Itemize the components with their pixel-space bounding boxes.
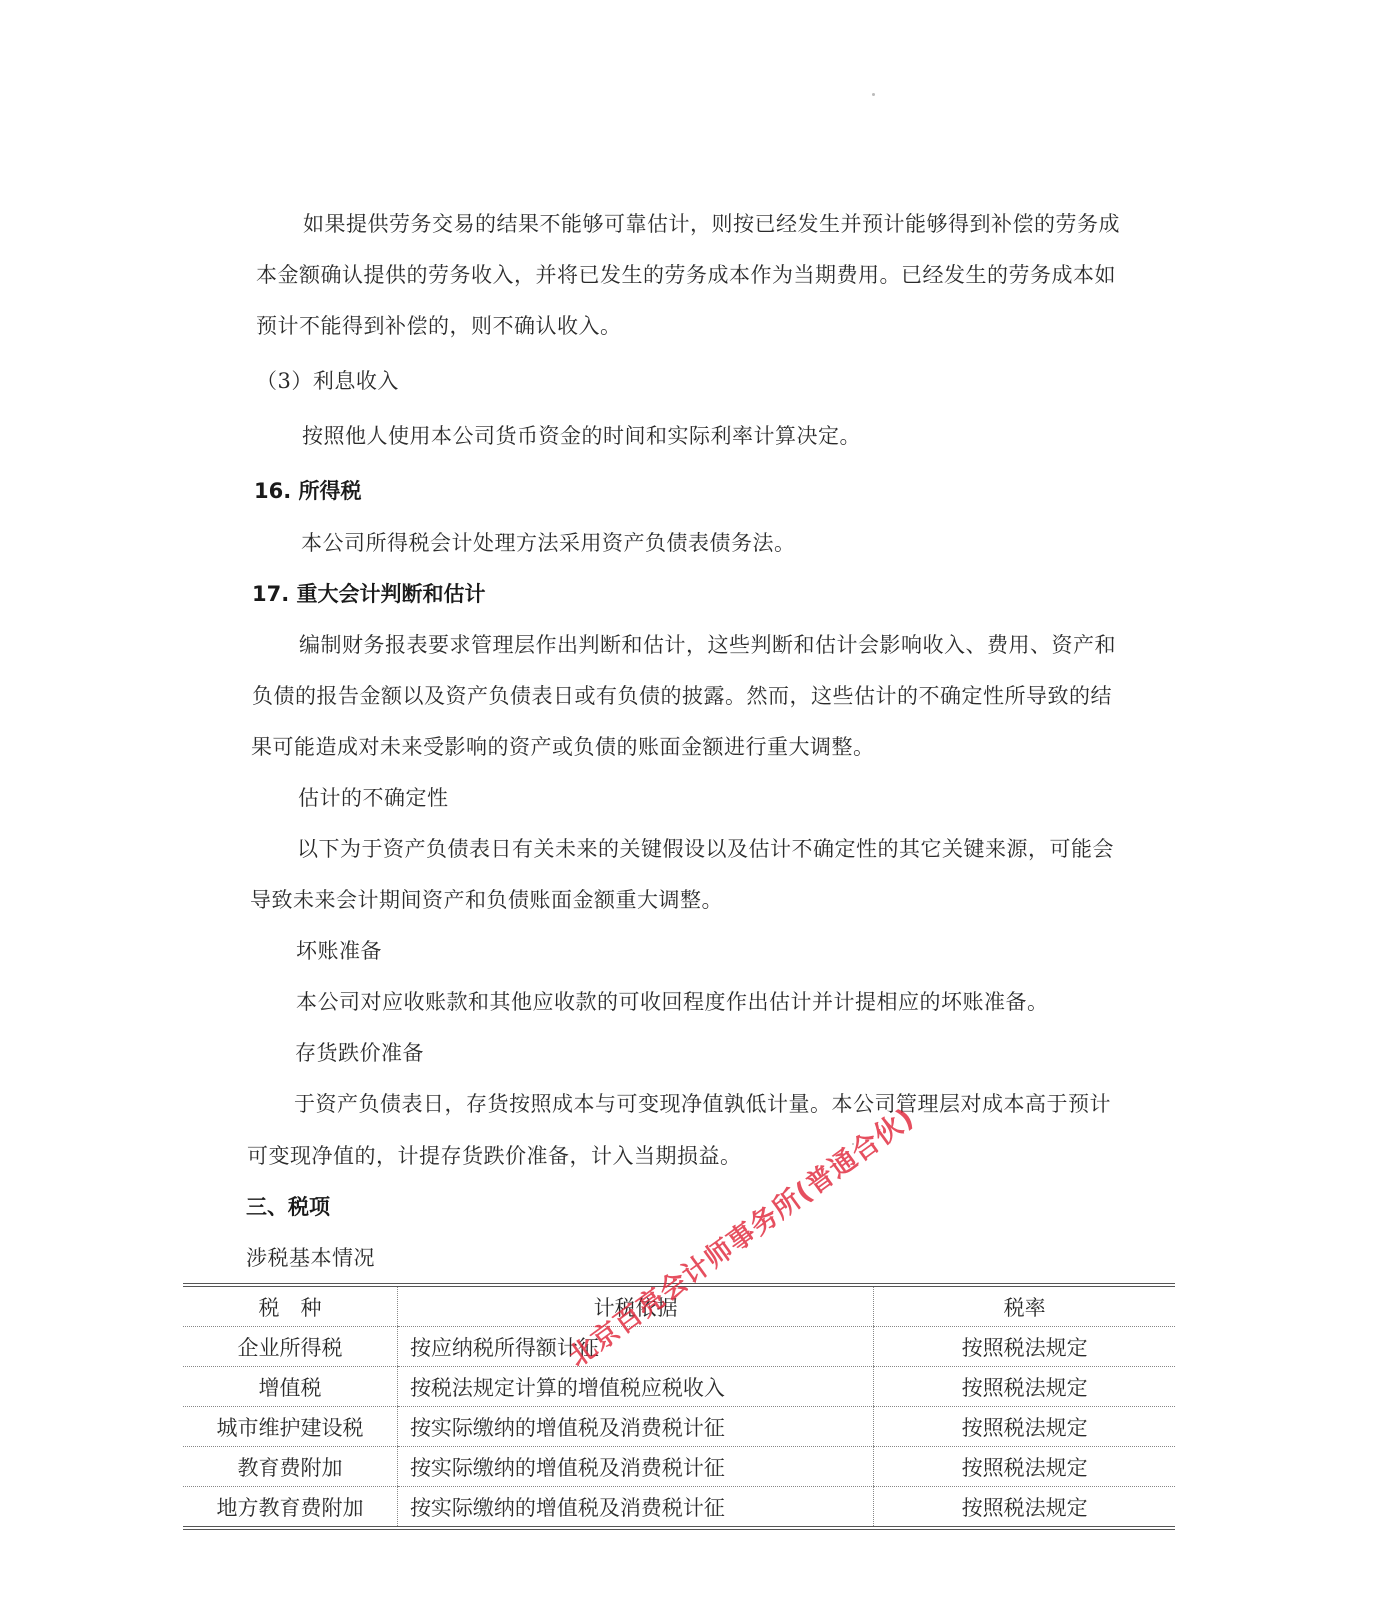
table-row: 增值税 按税法规定计算的增值税应税收入 按照税法规定 <box>183 1367 1175 1407</box>
cell-tax-rate: 按照税法规定 <box>874 1407 1175 1447</box>
section-heading-taxes: 三、税项 <box>246 1193 330 1221</box>
paragraph-line: 可变现净值的，计提存货跌价准备，计入当期损益。 <box>247 1142 742 1170</box>
paragraph-line: 于资产负债表日，存货按照成本与可变现净值孰低计量。本公司管理层对成本高于预计 <box>294 1090 1111 1118</box>
table-row: 教育费附加 按实际缴纳的增值税及消费税计征 按照税法规定 <box>183 1447 1175 1487</box>
document-page: 如果提供劳务交易的结果不能够可靠估计，则按已经发生并预计能够得到补偿的劳务成 本… <box>0 0 1386 1600</box>
subsection-heading-inventory: 存货跌价准备 <box>295 1039 424 1067</box>
cell-tax-type: 教育费附加 <box>183 1447 397 1487</box>
table-row: 企业所得税 按应纳税所得额计征 按照税法规定 <box>183 1327 1175 1367</box>
paragraph-line: 按照他人使用本公司货币资金的时间和实际利率计算决定。 <box>302 422 861 450</box>
cell-tax-basis: 按税法规定计算的增值税应税收入 <box>397 1367 873 1407</box>
table-row: 城市维护建设税 按实际缴纳的增值税及消费税计征 按照税法规定 <box>183 1407 1175 1447</box>
cell-tax-basis: 按实际缴纳的增值税及消费税计征 <box>397 1487 873 1529</box>
section-heading-17: 17. 重大会计判断和估计 <box>252 580 486 608</box>
paragraph-line: 本金额确认提供的劳务收入，并将已发生的劳务成本作为当期费用。已经发生的劳务成本如 <box>256 261 1116 289</box>
scan-speck <box>852 1143 854 1145</box>
column-header-tax-rate: 税率 <box>874 1285 1175 1327</box>
table-caption: 涉税基本情况 <box>246 1244 375 1272</box>
paragraph-line: 本公司对应收账款和其他应收款的可收回程度作出估计并计提相应的坏账准备。 <box>296 988 1049 1016</box>
column-header-tax-type: 税 种 <box>183 1285 397 1327</box>
paragraph-line: 编制财务报表要求管理层作出判断和估计，这些判断和估计会影响收入、费用、资产和 <box>299 631 1116 659</box>
paragraph-line: 如果提供劳务交易的结果不能够可靠估计，则按已经发生并预计能够得到补偿的劳务成 <box>303 210 1120 238</box>
cell-tax-rate: 按照税法规定 <box>874 1327 1175 1367</box>
cell-tax-rate: 按照税法规定 <box>874 1447 1175 1487</box>
paragraph-line: 以下为于资产负债表日有关未来的关键假设以及估计不确定性的其它关键来源，可能会 <box>297 835 1114 863</box>
column-header-tax-basis: 计税依据 <box>397 1285 873 1327</box>
paragraph-line: 果可能造成对未来受影响的资产或负债的账面金额进行重大调整。 <box>251 733 875 761</box>
cell-tax-type: 企业所得税 <box>183 1327 397 1367</box>
cell-tax-rate: 按照税法规定 <box>874 1487 1175 1529</box>
subsection-heading-interest: （3）利息收入 <box>256 367 399 395</box>
cell-tax-type: 增值税 <box>183 1367 397 1407</box>
cell-tax-basis: 按实际缴纳的增值税及消费税计征 <box>397 1447 873 1487</box>
cell-tax-rate: 按照税法规定 <box>874 1367 1175 1407</box>
table-header-row: 税 种 计税依据 税率 <box>183 1285 1175 1327</box>
paragraph-line: 负债的报告金额以及资产负债表日或有负债的披露。然而，这些估计的不确定性所导致的结 <box>252 682 1112 710</box>
table-row: 地方教育费附加 按实际缴纳的增值税及消费税计征 按照税法规定 <box>183 1487 1175 1529</box>
paragraph-line: 预计不能得到补偿的，则不确认收入。 <box>256 312 622 340</box>
subsection-heading-bad-debt: 坏账准备 <box>296 937 382 965</box>
subsection-heading-uncertainty: 估计的不确定性 <box>298 784 449 812</box>
paragraph-line: 本公司所得税会计处理方法采用资产负债表债务法。 <box>301 529 796 557</box>
cell-tax-type: 城市维护建设税 <box>183 1407 397 1447</box>
cell-tax-type: 地方教育费附加 <box>183 1487 397 1529</box>
paragraph-line: 导致未来会计期间资产和负债账面金额重大调整。 <box>250 886 723 914</box>
section-heading-16: 16. 所得税 <box>254 477 362 505</box>
tax-table: 税 种 计税依据 税率 企业所得税 按应纳税所得额计征 按照税法规定 增值税 按… <box>183 1283 1175 1530</box>
scan-speck <box>872 93 875 96</box>
cell-tax-basis: 按实际缴纳的增值税及消费税计征 <box>397 1407 873 1447</box>
cell-tax-basis: 按应纳税所得额计征 <box>397 1327 873 1367</box>
